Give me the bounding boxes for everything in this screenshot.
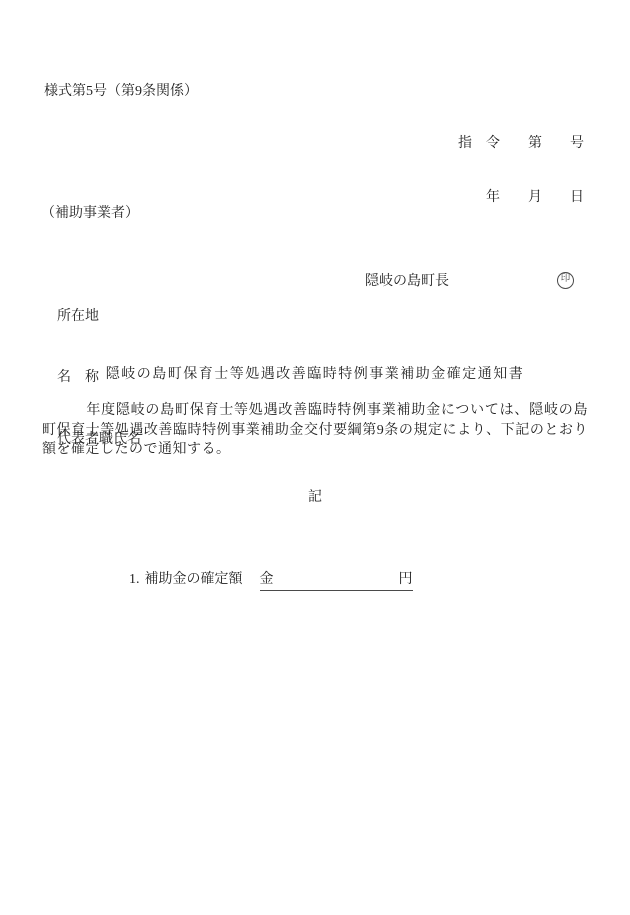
document-title: 隠岐の島町保育士等処遇改善臨時特例事業補助金確定通知書 [0,363,630,383]
amount-field: 金円 [260,568,413,591]
date-line: 年 月 日 [458,189,584,207]
directive-number-line: 指 令 第 号 [458,135,584,153]
addressee-block: （補助事業者） 所在地 名 称 代表者職氏名 [41,163,141,532]
record-marker: 記 [0,486,630,506]
item-number: 1. [129,572,140,587]
amount-prefix: 金 [260,572,274,587]
item-line: 1.補助金の確定額金円 [115,552,413,607]
item-label: 補助金の確定額 [145,572,243,587]
document-page: 様式第5号（第9条関係） 指 令 第 号 年 月 日 （補助事業者） 所在地 名… [0,0,630,915]
amount-suffix: 円 [399,572,413,587]
seal-icon: 印 [557,272,574,289]
addressee-field-location: 所在地 [57,307,141,328]
issuer-name: 隠岐の島町長 [365,270,449,290]
directive-block: 指 令 第 号 年 月 日 [458,99,584,243]
issuer-line: 隠岐の島町長 印 [365,270,574,290]
form-number: 様式第5号（第9条関係） [44,80,198,100]
addressee-label: （補助事業者） [41,204,141,225]
body-paragraph: 年度隠岐の島町保育士等処遇改善臨時特例事業補助金については、隠岐の島町保育士等処… [42,401,588,460]
